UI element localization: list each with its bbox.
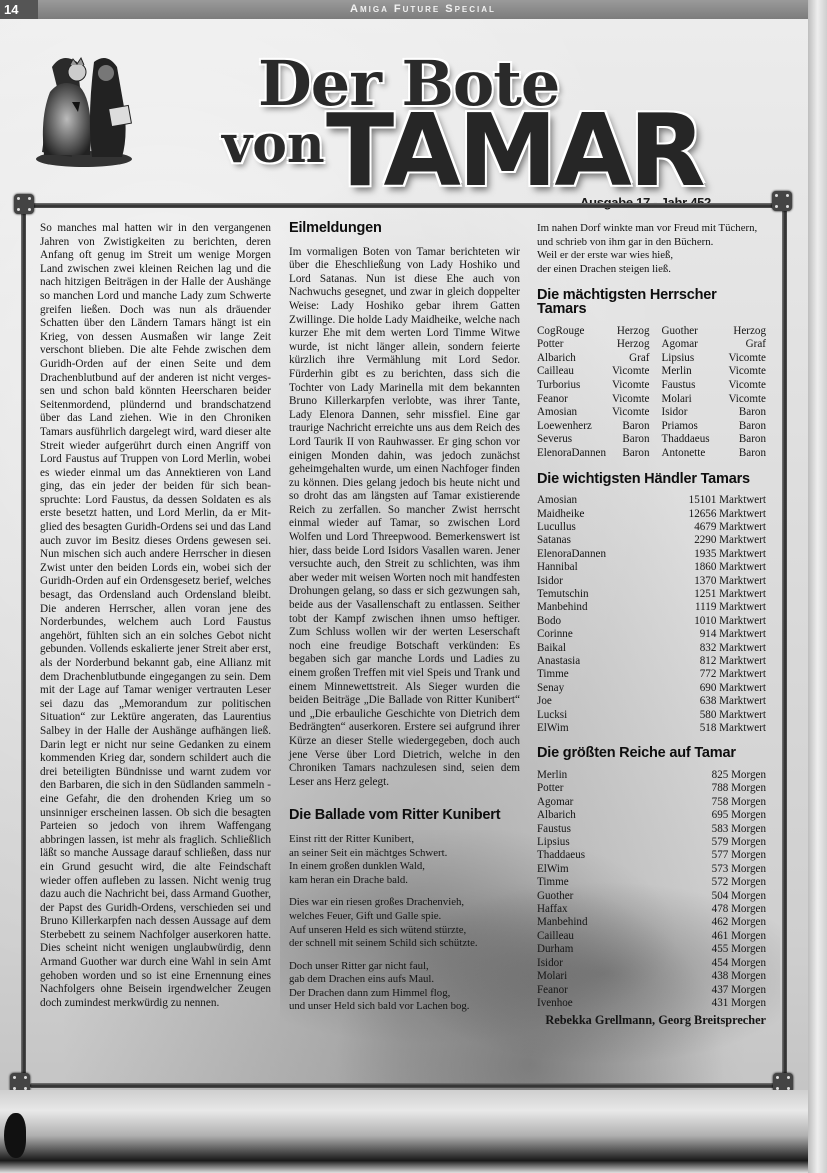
ruler-title: Herzog [728, 325, 766, 339]
realm-row: Isidor454 Morgen [537, 957, 766, 970]
realm-row: Potter788 Morgen [537, 782, 766, 795]
ruler-title: Vicomte [612, 379, 650, 393]
trader-value: 1251 Marktwert [694, 588, 766, 601]
trader-name: Bodo [537, 615, 561, 628]
realm-size: 572 Morgen [712, 876, 766, 889]
realm-size: 573 Morgen [712, 863, 766, 876]
trader-name: Anastasia [537, 655, 580, 668]
section-heading-traders: Die wichtigsten Händler Tamars [537, 473, 766, 487]
ruler-name: Feanor [537, 393, 608, 407]
ruler-name: Molari [654, 393, 725, 407]
poem-line: gab dem Drachen eins aufs Maul. [289, 973, 520, 987]
ruler-title: Vicomte [728, 379, 766, 393]
two-robed-figures-illustration [32, 47, 136, 167]
realm-row: Agomar758 Morgen [537, 796, 766, 809]
section-heading-ballade: Die Ballade vom Ritter Kunibert [289, 809, 520, 823]
poem-stanza: Dies war ein riesen großes Drachenvieh, … [289, 896, 520, 950]
trader-value: 580 Marktwert [700, 709, 766, 722]
poem-stanza: Einst ritt der Ritter Kunibert, an seine… [289, 833, 520, 887]
trader-value: 1860 Marktwert [694, 561, 766, 574]
ruler-title: Vicomte [612, 406, 650, 420]
trader-value: 4679 Marktwert [694, 521, 766, 534]
trader-value: 518 Marktwert [700, 722, 766, 735]
poem-line: und schrieb von ihm gar in den Büchern. [537, 236, 766, 250]
trader-row: Bodo1010 Marktwert [537, 615, 766, 628]
ruler-title: Vicomte [728, 352, 766, 366]
realm-size: 431 Morgen [712, 997, 766, 1010]
ruler-name: Lipsius [654, 352, 725, 366]
realm-row: Durham455 Morgen [537, 943, 766, 956]
frame-right-rod [782, 210, 787, 1090]
article-column-3: Im nahen Dorf winkte man vor Freud mit T… [537, 222, 766, 1028]
poem-line: der einen Drachen steigen ließ. [537, 263, 766, 277]
realm-owner: Ivenhoe [537, 997, 573, 1010]
trader-name: Maidheike [537, 508, 584, 521]
trader-value: 1370 Marktwert [694, 575, 766, 588]
ruler-name: Agomar [654, 338, 725, 352]
ruler-name: Severus [537, 433, 608, 447]
trader-value: 832 Marktwert [700, 642, 766, 655]
trader-value: 690 Marktwert [700, 682, 766, 695]
realm-row: Molari438 Morgen [537, 970, 766, 983]
trader-value: 2290 Marktwert [694, 534, 766, 547]
title-von: von [222, 119, 325, 171]
realm-owner: ElWim [537, 863, 569, 876]
realm-owner: Durham [537, 943, 573, 956]
trader-row: Lucksi580 Marktwert [537, 709, 766, 722]
magazine-title: Amiga Future Special [38, 0, 808, 19]
ruler-title: Vicomte [612, 393, 650, 407]
poem-line: welches Feuer, Gift und Galle spie. [289, 910, 520, 924]
page-edge [808, 0, 827, 1173]
trader-name: Amosian [537, 494, 577, 507]
realm-owner: Albarich [537, 809, 576, 822]
realm-row: Haffax478 Morgen [537, 903, 766, 916]
section-heading-rulers: Die mächtigsten Herrscher Tamars [537, 289, 766, 316]
trader-row: Senay690 Marktwert [537, 682, 766, 695]
realm-row: ElWim573 Morgen [537, 863, 766, 876]
trader-row: Timme772 Marktwert [537, 668, 766, 681]
trader-name: Satanas [537, 534, 571, 547]
poem-line: der schnell mit seinem Schild sich schüt… [289, 937, 520, 951]
ruler-title: Baron [728, 433, 766, 447]
realm-owner: Manbehind [537, 916, 588, 929]
poem-line: Weil er der erste war wies hieß, [537, 249, 766, 263]
realm-size: 462 Morgen [712, 916, 766, 929]
realm-size: 583 Morgen [712, 823, 766, 836]
ruler-title: Vicomte [612, 365, 650, 379]
trader-row: Anastasia812 Marktwert [537, 655, 766, 668]
trader-row: ElWim518 Marktwert [537, 722, 766, 735]
realm-row: Feanor437 Morgen [537, 984, 766, 997]
trader-name: Hannibal [537, 561, 578, 574]
ruler-name: ElenoraDannen [537, 447, 608, 461]
realm-row: Manbehind462 Morgen [537, 916, 766, 929]
realm-row: Guother504 Morgen [537, 890, 766, 903]
trader-name: Timme [537, 668, 569, 681]
ruler-name: Turborius [537, 379, 608, 393]
trader-value: 15101 Marktwert [689, 494, 766, 507]
realm-owner: Agomar [537, 796, 573, 809]
realm-size: 788 Morgen [712, 782, 766, 795]
masthead: Der Bote von TAMAR Ausgabe 17 - Jahr 452 [0, 19, 808, 194]
traders-list: Amosian15101 MarktwertMaidheike12656 Mar… [537, 494, 766, 735]
realm-row: Albarich695 Morgen [537, 809, 766, 822]
trader-value: 1119 Marktwert [695, 601, 766, 614]
scroll-roll-bottom [0, 1090, 808, 1173]
realm-owner: Faustus [537, 823, 571, 836]
trader-value: 638 Marktwert [700, 695, 766, 708]
poem-line: Einst ritt der Ritter Kunibert, [289, 833, 520, 847]
ruler-title: Baron [728, 406, 766, 420]
realm-owner: Cailleau [537, 930, 574, 943]
realm-owner: Feanor [537, 984, 568, 997]
realm-owner: Isidor [537, 957, 563, 970]
ballade-poem: Einst ritt der Ritter Kunibert, an seine… [289, 833, 520, 1014]
realm-row: Lipsius579 Morgen [537, 836, 766, 849]
frame-bolt-top-right [772, 191, 792, 211]
frame-top-rod [30, 203, 778, 208]
poem-line: Auf unseren Held es sich wütend stürzte, [289, 924, 520, 938]
ruler-title: Baron [612, 447, 650, 461]
ruler-title: Herzog [612, 338, 650, 352]
ruler-name: Amosian [537, 406, 608, 420]
trader-value: 914 Marktwert [700, 628, 766, 641]
trader-row: Amosian15101 Marktwert [537, 494, 766, 507]
article-authors: Rebekka Grellmann, Georg Breitsprecher [537, 1014, 766, 1028]
ruler-name: CogRouge [537, 325, 608, 339]
realm-size: 454 Morgen [712, 957, 766, 970]
realm-owner: Guother [537, 890, 573, 903]
realm-row: Cailleau461 Morgen [537, 930, 766, 943]
trader-value: 1010 Marktwert [694, 615, 766, 628]
ruler-title: Graf [728, 338, 766, 352]
article-column-2: Eilmeldungen Im vormaligen Boten von Tam… [289, 222, 520, 1023]
section-heading-eilmeldungen: Eilmeldungen [289, 222, 520, 236]
frame-bolt-top-left [14, 194, 34, 214]
ruler-name: Loewenherz [537, 420, 608, 434]
realm-size: 461 Morgen [712, 930, 766, 943]
poem-line: kam heran ein Drache bald. [289, 874, 520, 888]
ruler-name: Faustus [654, 379, 725, 393]
realm-size: 825 Morgen [712, 769, 766, 782]
ruler-title: Baron [612, 433, 650, 447]
trader-row: Satanas2290 Marktwert [537, 534, 766, 547]
realm-row: Merlin825 Morgen [537, 769, 766, 782]
trader-row: Hannibal1860 Marktwert [537, 561, 766, 574]
ruler-name: Guother [654, 325, 725, 339]
ballade-final-stanza: Im nahen Dorf winkte man vor Freud mit T… [537, 222, 766, 276]
poem-line: Doch unser Ritter gar nicht faul, [289, 960, 520, 974]
realm-size: 437 Morgen [712, 984, 766, 997]
realm-size: 758 Morgen [712, 796, 766, 809]
trader-name: Baikal [537, 642, 566, 655]
trader-row: Baikal832 Marktwert [537, 642, 766, 655]
trader-value: 12656 Marktwert [689, 508, 766, 521]
trader-name: Corinne [537, 628, 573, 641]
trader-row: Temutschin1251 Marktwert [537, 588, 766, 601]
page-number: 14 [0, 0, 38, 19]
scroll-curl [4, 1113, 26, 1158]
realm-owner: Timme [537, 876, 569, 889]
trader-row: ElenoraDannen1935 Marktwert [537, 548, 766, 561]
realm-size: 438 Morgen [712, 970, 766, 983]
realm-size: 579 Morgen [712, 836, 766, 849]
trader-name: Manbehind [537, 601, 588, 614]
trader-name: Temutschin [537, 588, 589, 601]
ruler-name: Priamos [654, 420, 725, 434]
trader-name: Lucullus [537, 521, 576, 534]
title-tamar: TAMAR [326, 101, 703, 201]
poem-stanza: Doch unser Ritter gar nicht faul, gab de… [289, 960, 520, 1014]
page-header-bar: 14 Amiga Future Special [0, 0, 808, 19]
ruler-title: Baron [728, 447, 766, 461]
trader-row: Isidor1370 Marktwert [537, 575, 766, 588]
trader-name: ElWim [537, 722, 569, 735]
poem-line: In einem großen dunklen Wald, [289, 860, 520, 874]
ruler-name: Isidor [654, 406, 725, 420]
realm-size: 504 Morgen [712, 890, 766, 903]
trader-value: 1935 Marktwert [694, 548, 766, 561]
realm-owner: Haffax [537, 903, 568, 916]
section-heading-realms: Die größten Reiche auf Tamar [537, 747, 766, 761]
poem-line: Der Drachen dann zum Himmel flog, [289, 987, 520, 1001]
ruler-title: Herzog [612, 325, 650, 339]
realm-owner: Lipsius [537, 836, 570, 849]
realm-owner: Potter [537, 782, 564, 795]
rulers-table: CogRougeHerzogGuotherHerzogPotterHerzogA… [537, 325, 766, 461]
trader-name: Lucksi [537, 709, 567, 722]
trader-name: ElenoraDannen [537, 548, 606, 561]
realm-row: Timme572 Morgen [537, 876, 766, 889]
ruler-name: Merlin [654, 365, 725, 379]
poem-line: Dies war ein riesen großes Drachenvieh, [289, 896, 520, 910]
ruler-name: Thaddaeus [654, 433, 725, 447]
realm-owner: Thaddaeus [537, 849, 585, 862]
ruler-title: Vicomte [728, 365, 766, 379]
realm-owner: Molari [537, 970, 567, 983]
ruler-name: Cailleau [537, 365, 608, 379]
trader-row: Lucullus4679 Marktwert [537, 521, 766, 534]
realms-list: Merlin825 MorgenPotter788 MorgenAgomar75… [537, 769, 766, 1010]
trader-row: Corinne914 Marktwert [537, 628, 766, 641]
trader-value: 812 Marktwert [700, 655, 766, 668]
ruler-title: Baron [728, 420, 766, 434]
trader-name: Isidor [537, 575, 563, 588]
frame-bottom-rod [30, 1083, 778, 1088]
realm-row: Ivenhoe431 Morgen [537, 997, 766, 1010]
trader-row: Joe638 Marktwert [537, 695, 766, 708]
article-column-1: So manches mal hatten wir in den vergang… [40, 222, 271, 1010]
poem-line: und unser Held sich bald vor Lachen bog. [289, 1000, 520, 1014]
poem-line: an seiner Seit ein mächtges Schwert. [289, 847, 520, 861]
realm-row: Thaddaeus577 Morgen [537, 849, 766, 862]
trader-name: Joe [537, 695, 552, 708]
realm-size: 455 Morgen [712, 943, 766, 956]
ruler-name: Albarich [537, 352, 608, 366]
trader-name: Senay [537, 682, 564, 695]
realm-owner: Merlin [537, 769, 567, 782]
ruler-name: Antonette [654, 447, 725, 461]
frame-left-rod [21, 210, 26, 1090]
ruler-name: Potter [537, 338, 608, 352]
realm-size: 577 Morgen [712, 849, 766, 862]
eilmeldungen-paragraph: Im vormaligen Boten von Tamar berichtete… [289, 246, 520, 790]
ruler-title: Baron [612, 420, 650, 434]
ruler-title: Graf [612, 352, 650, 366]
trader-row: Manbehind1119 Marktwert [537, 601, 766, 614]
realm-row: Faustus583 Morgen [537, 823, 766, 836]
ruler-title: Vicomte [728, 393, 766, 407]
trader-row: Maidheike12656 Marktwert [537, 508, 766, 521]
main-article-paragraph: So manches mal hatten wir in den vergang… [40, 222, 271, 1010]
realm-size: 695 Morgen [712, 809, 766, 822]
realm-size: 478 Morgen [712, 903, 766, 916]
poem-line: Im nahen Dorf winkte man vor Freud mit T… [537, 222, 766, 236]
trader-value: 772 Marktwert [700, 668, 766, 681]
